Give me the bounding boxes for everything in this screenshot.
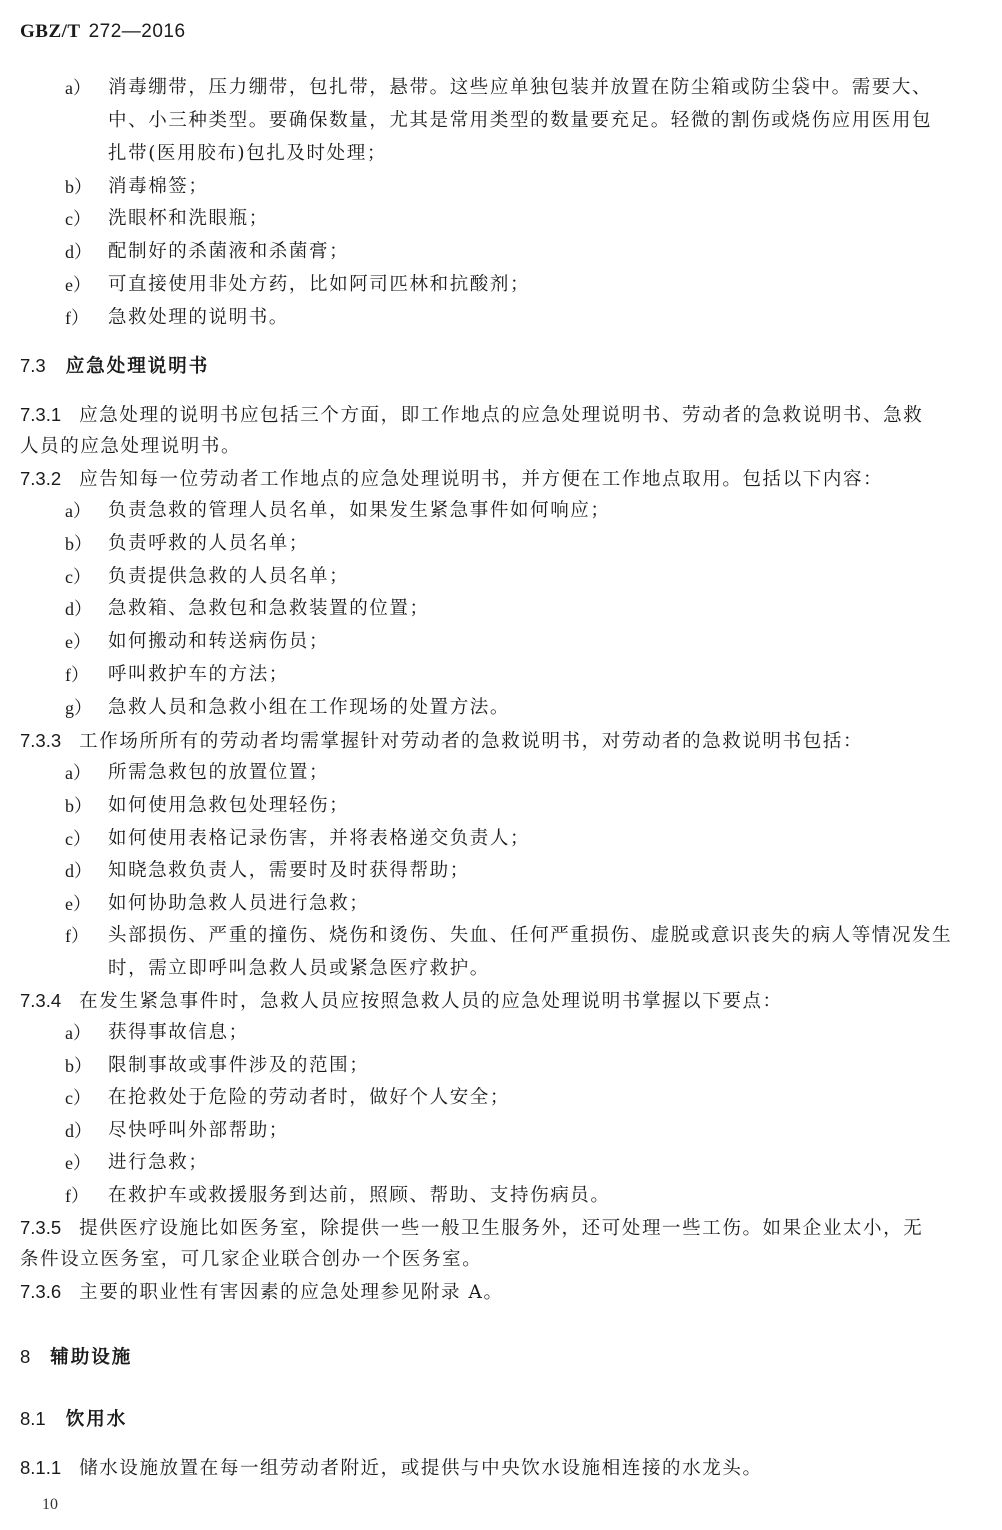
list-text: 如何使用急救包处理轻伤； [108, 795, 349, 817]
list-text: 负责急救的管理人员名单，如果发生紧急事件如何响应； [108, 500, 611, 522]
section-title: 辅助设施 [50, 1347, 132, 1368]
paragraph-number: 7.3.4 [20, 990, 61, 1011]
paragraph-number: 7.3.6 [20, 1281, 61, 1302]
paragraph-number: 7.3.2 [20, 468, 61, 489]
list-label: b） [65, 1055, 92, 1077]
list-text: 负责呼救的人员名单； [108, 533, 309, 555]
paragraph-text: 应急处理的说明书应包括三个方面，即工作地点的应急处理说明书、劳动者的急救说明书、… [79, 405, 923, 426]
list-text: 所需急救包的放置位置； [108, 762, 329, 784]
list-text-cont: 中、小三种类型。要确保数量，尤其是常用类型的数量要充足。轻微的割伤或烧伤应用医用… [108, 110, 932, 132]
list-text: 消毒棉签； [108, 176, 209, 198]
list-text: 洗眼杯和洗眼瓶； [108, 208, 269, 230]
list-label: f） [65, 664, 89, 686]
list-text: 知晓急救负责人，需要时及时获得帮助； [108, 860, 470, 882]
paragraph-text: 储水设施放置在每一组劳动者附近，或提供与中央饮水设施相连接的水龙头。 [79, 1458, 762, 1479]
paragraph-number: 7.3.5 [20, 1217, 61, 1238]
list-label: e） [65, 893, 91, 915]
paragraph-7-3-3: 7.3.3工作场所所有的劳动者均需掌握针对劳动者的急救说明书，对劳动者的急救说明… [20, 730, 863, 753]
list-label: a） [65, 500, 91, 522]
list-label: b） [65, 533, 92, 555]
section-number: 8.1 [20, 1408, 46, 1429]
section-number: 8 [20, 1346, 30, 1367]
section-number: 7.3 [20, 355, 46, 376]
list-label: e） [65, 274, 91, 296]
list-label: a） [65, 77, 91, 99]
page-number: 10 [42, 1496, 58, 1514]
paragraph-text: 工作场所所有的劳动者均需掌握针对劳动者的急救说明书，对劳动者的急救说明书包括： [79, 731, 863, 752]
paragraph-text: 提供医疗设施比如医务室，除提供一些一般卫生服务外，还可处理一些工伤。如果企业太小… [79, 1218, 923, 1239]
list-text-cont: 时，需立即呼叫急救人员或紧急医疗救护。 [108, 958, 490, 980]
list-text: 限制事故或事件涉及的范围； [108, 1055, 369, 1077]
paragraph-7-3-1-cont: 人员的应急处理说明书。 [20, 436, 241, 458]
list-text: 配制好的杀菌液和杀菌膏； [108, 241, 349, 263]
list-text: 尽快呼叫外部帮助； [108, 1120, 289, 1142]
list-text: 如何使用表格记录伤害，并将表格递交负责人； [108, 828, 530, 850]
list-label: d） [65, 241, 92, 263]
paragraph-7-3-5: 7.3.5提供医疗设施比如医务室，除提供一些一般卫生服务外，还可处理一些工伤。如… [20, 1217, 923, 1240]
list-text: 急救处理的说明书。 [108, 307, 289, 329]
list-text: 急救人员和急救小组在工作现场的处置方法。 [108, 697, 510, 719]
list-text: 负责提供急救的人员名单； [108, 566, 349, 588]
list-label: f） [65, 307, 89, 329]
standard-code: GBZ/T [20, 21, 81, 42]
list-text: 如何搬动和转送病伤员； [108, 631, 329, 653]
paragraph-text: 应告知每一位劳动者工作地点的应急处理说明书，并方便在工作地点取用。包括以下内容： [79, 469, 883, 490]
list-label: a） [65, 1022, 91, 1044]
paragraph-7-3-2: 7.3.2应告知每一位劳动者工作地点的应急处理说明书，并方便在工作地点取用。包括… [20, 468, 883, 491]
list-label: c） [65, 208, 91, 230]
list-text: 急救箱、急救包和急救装置的位置； [108, 598, 430, 620]
section-title: 饮用水 [66, 1409, 128, 1430]
list-text: 头部损伤、严重的撞伤、烧伤和烫伤、失血、任何严重损伤、虚脱或意识丧失的病人等情况… [108, 925, 952, 947]
list-label: d） [65, 860, 92, 882]
list-label: c） [65, 566, 91, 588]
paragraph-text: 在发生紧急事件时，急救人员应按照急救人员的应急处理说明书掌握以下要点： [79, 991, 783, 1012]
section-heading-7-3: 7.3应急处理说明书 [20, 355, 209, 378]
list-text: 呼叫救护车的方法； [108, 664, 289, 686]
paragraph-7-3-5-cont: 条件设立医务室，可几家企业联合创办一个医务室。 [20, 1249, 482, 1271]
list-label: c） [65, 1087, 91, 1109]
list-text: 如何协助急救人员进行急救； [108, 893, 369, 915]
list-text: 在救护车或救援服务到达前，照顾、帮助、支持伤病员。 [108, 1185, 611, 1207]
list-label: e） [65, 631, 91, 653]
standard-number: 272—2016 [89, 21, 186, 42]
paragraph-7-3-6: 7.3.6主要的职业性有害因素的应急处理参见附录 A。 [20, 1281, 504, 1304]
page-header: GBZ/T272—2016 [20, 20, 186, 43]
list-label: e） [65, 1152, 91, 1174]
list-label: f） [65, 925, 89, 947]
list-label: b） [65, 176, 92, 198]
section-title: 应急处理说明书 [66, 356, 210, 377]
paragraph-text: 主要的职业性有害因素的应急处理参见附录 A。 [79, 1282, 503, 1303]
list-text: 获得事故信息； [108, 1022, 249, 1044]
list-label: a） [65, 762, 91, 784]
section-heading-8-1: 8.1饮用水 [20, 1408, 127, 1431]
list-text: 进行急救； [108, 1152, 209, 1174]
list-text: 在抢救处于危险的劳动者时，做好个人安全； [108, 1087, 510, 1109]
paragraph-number: 7.3.1 [20, 404, 61, 425]
paragraph-number: 8.1.1 [20, 1457, 61, 1478]
list-label: g） [65, 697, 92, 719]
section-heading-8: 8辅助设施 [20, 1346, 132, 1369]
list-label: b） [65, 795, 92, 817]
list-text: 可直接使用非处方药，比如阿司匹林和抗酸剂； [108, 274, 530, 296]
list-text: 消毒绷带，压力绷带，包扎带，悬带。这些应单独包装并放置在防尘箱或防尘袋中。需要大… [108, 77, 932, 99]
paragraph-8-1-1: 8.1.1储水设施放置在每一组劳动者附近，或提供与中央饮水设施相连接的水龙头。 [20, 1457, 763, 1480]
paragraph-7-3-4: 7.3.4在发生紧急事件时，急救人员应按照急救人员的应急处理说明书掌握以下要点： [20, 990, 783, 1013]
document-page: GBZ/T272—2016 a） 消毒绷带，压力绷带，包扎带，悬带。这些应单独包… [0, 0, 1002, 1530]
list-label: d） [65, 1120, 92, 1142]
paragraph-number: 7.3.3 [20, 730, 61, 751]
list-text-cont: 扎带(医用胶布)包扎及时处理； [108, 143, 387, 165]
list-label: d） [65, 598, 92, 620]
list-label: f） [65, 1185, 89, 1207]
paragraph-7-3-1: 7.3.1应急处理的说明书应包括三个方面，即工作地点的应急处理说明书、劳动者的急… [20, 404, 923, 427]
list-label: c） [65, 828, 91, 850]
